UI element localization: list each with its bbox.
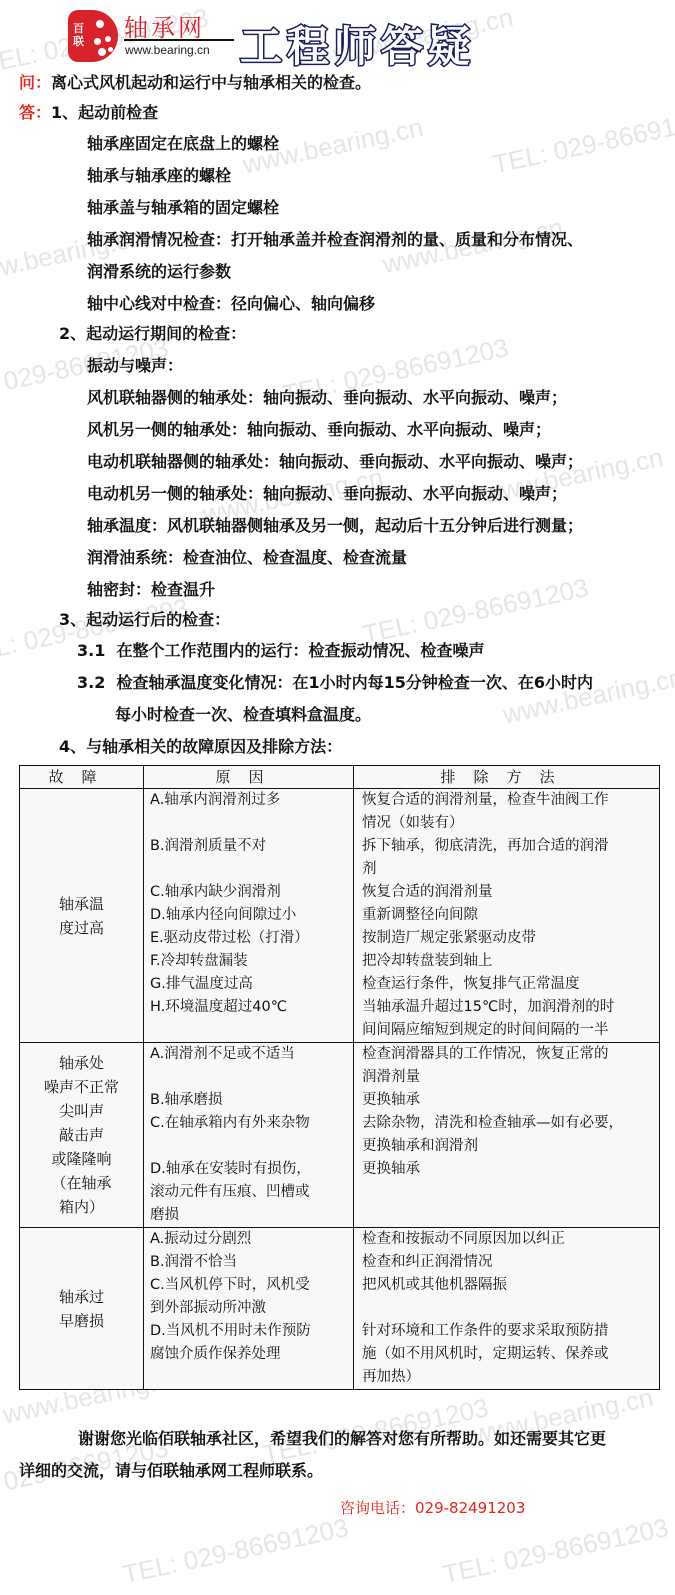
fix-line: 检查和按振动不同原因加以纠正: [362, 1228, 659, 1251]
closing-text-line1: 谢谢您光临佰联轴承社区，希望我们的解答对您有所帮助。如还需要其它更: [78, 1426, 606, 1449]
list-item: 轴承润滑情况检查：打开轴承盖并检查润滑剂的量、质量和分布情况、: [87, 230, 583, 250]
cause-line: B.润滑剂质量不对: [150, 835, 353, 858]
fix-line: 更换轴承: [362, 1158, 659, 1181]
cause-line: A.润滑剂不足或不适当: [150, 1043, 353, 1066]
page-title: 工程师答疑: [240, 14, 475, 74]
closing-text-line2: 详细的交流，请与佰联轴承网工程师联系。: [19, 1458, 323, 1481]
fix-line: 更换轴承和润滑剂: [362, 1135, 659, 1158]
logo-badge: 百联: [72, 22, 85, 48]
question-text: 离心式风机起动和运行中与轴承相关的检查。: [51, 73, 371, 92]
fault-line: 度过高: [20, 916, 143, 940]
fix-line: [362, 1181, 659, 1204]
cause-line: A.振动过分剧烈: [150, 1228, 353, 1251]
fault-cell: 轴承处 噪声不正常 尖叫声 敲击声 或隆隆响 （在轴承 箱内）: [20, 1043, 144, 1228]
cause-line: D.轴承在安装时有损伤，: [150, 1158, 353, 1181]
list-item: 电动机另一侧的轴承处：轴向振动、垂向振动、水平向振动、噪声；: [87, 484, 567, 504]
table-row: 轴承处 噪声不正常 尖叫声 敲击声 或隆隆响 （在轴承 箱内） A.润滑剂不足或…: [20, 1043, 660, 1228]
cause-line: D.当风机不用时未作预防: [150, 1320, 353, 1343]
contact-phone: 咨询电话：029-82491203: [340, 1497, 525, 1518]
cause-line: 磨损: [150, 1204, 353, 1227]
cause-line: C.在轴承箱内有外来杂物: [150, 1112, 353, 1135]
section-heading: 1、起动前检查: [51, 103, 158, 122]
watermark-text: TEL: 029-86691203: [120, 1512, 351, 1590]
list-item: 轴承温度：风机联轴器侧轴承及另一侧，起动后十五分钟后进行测量；: [87, 516, 583, 536]
fault-line: 箱内）: [20, 1195, 143, 1219]
list-item: 振动与噪声：: [87, 356, 183, 376]
fix-line: 更换轴承: [362, 1089, 659, 1112]
question-label: 问：: [19, 73, 51, 92]
list-item: 3.1 在整个工作范围内的运行：检查振动情况、检查噪声: [77, 641, 485, 661]
question: 问：离心式风机起动和运行中与轴承相关的检查。: [19, 73, 371, 93]
fix-line: 检查运行条件，恢复排气正常温度: [362, 973, 659, 996]
cause-line: 滚动元件有压痕、凹槽或: [150, 1181, 353, 1204]
fix-line: 再加热）: [362, 1366, 659, 1389]
fault-line: 轴承过: [20, 1285, 143, 1309]
cause-line: [150, 1066, 353, 1089]
list-item: 3.2 检查轴承温度变化情况：在1小时内每15分钟检查一次、在6小时内: [77, 673, 593, 693]
fix-cell: 检查润滑器具的工作情况，恢复正常的 润滑剂量 更换轴承 去除杂物，清洗和检查轴承…: [354, 1043, 660, 1228]
table-row: 轴承温 度过高 A.轴承内润滑剂过多 B.润滑剂质量不对 C.轴承内缺少润滑剂 …: [20, 789, 660, 1043]
list-item: 轴承盖与轴承箱的固定螺栓: [87, 198, 279, 218]
section-heading: 4、与轴承相关的故障原因及排除方法：: [59, 737, 342, 757]
cause-line: F.冷却转盘漏装: [150, 950, 353, 973]
cause-line: C.当风机停下时，风机受: [150, 1274, 353, 1297]
cause-line: [150, 1019, 353, 1042]
fix-line: 按制造厂规定张紧驱动皮带: [362, 927, 659, 950]
cause-line: C.轴承内缺少润滑剂: [150, 881, 353, 904]
list-item: 润滑系统的运行参数: [87, 262, 231, 282]
fix-cell: 检查和按振动不同原因加以纠正 检查和纠正润滑情况 把风机或其他机器隔振 针对环境…: [354, 1228, 660, 1390]
logo-divider: [124, 39, 234, 41]
column-header-cause: 原因: [144, 766, 354, 789]
fault-line: （在轴承: [20, 1171, 143, 1195]
fix-line: [362, 1204, 659, 1227]
cause-line: D.轴承内径向间隙过小: [150, 904, 353, 927]
fix-cell: 恢复合适的润滑剂量，检查牛油阀工作 情况（如装有） 拆下轴承，彻底清洗，再加合适…: [354, 789, 660, 1043]
cause-line: H.环境温度超过40℃: [150, 996, 353, 1019]
cause-cell: A.轴承内润滑剂过多 B.润滑剂质量不对 C.轴承内缺少润滑剂 D.轴承内径向间…: [144, 789, 354, 1043]
cause-line: B.轴承磨损: [150, 1089, 353, 1112]
fix-line: 恢复合适的润滑剂量，检查牛油阀工作: [362, 789, 659, 812]
cause-line: [150, 858, 353, 881]
answer-heading-1: 答：1、起动前检查: [19, 103, 158, 123]
list-item: 风机联轴器侧的轴承处：轴向振动、垂向振动、水平向振动、噪声；: [87, 388, 567, 408]
fault-line: 尖叫声: [20, 1099, 143, 1123]
logo-url: www.bearing.cn: [125, 43, 210, 57]
cause-line: G.排气温度过高: [150, 973, 353, 996]
fix-line: 施（如不用风机时，定期运转、保养或: [362, 1343, 659, 1366]
fix-line: 当轴承温升超过15℃时，加润滑剂的时: [362, 996, 659, 1019]
cause-cell: A.润滑剂不足或不适当 B.轴承磨损 C.在轴承箱内有外来杂物 D.轴承在安装时…: [144, 1043, 354, 1228]
cause-cell: A.振动过分剧烈 B.润滑不恰当 C.当风机停下时，风机受 到外部振动所冲激 D…: [144, 1228, 354, 1390]
fix-line: 把风机或其他机器隔振: [362, 1274, 659, 1297]
fault-line: 轴承处: [20, 1051, 143, 1075]
list-item: 轴承座固定在底盘上的螺栓: [87, 134, 279, 154]
fix-line: 剂: [362, 858, 659, 881]
watermark-text: TEL: 029-86691203: [360, 572, 591, 650]
fix-line: 拆下轴承，彻底清洗，再加合适的润滑: [362, 835, 659, 858]
logo-name: 轴承网: [124, 8, 205, 43]
fault-line: 噪声不正常: [20, 1075, 143, 1099]
table-row: 轴承过 早磨损 A.振动过分剧烈 B.润滑不恰当 C.当风机停下时，风机受 到外…: [20, 1228, 660, 1390]
fix-line: 情况（如装有）: [362, 812, 659, 835]
fault-cell: 轴承过 早磨损: [20, 1228, 144, 1390]
fault-line: 或隆隆响: [20, 1147, 143, 1171]
list-item: 轴承与轴承座的螺栓: [87, 166, 231, 186]
cause-line: E.驱动皮带过松（打滑）: [150, 927, 353, 950]
cause-line: A.轴承内润滑剂过多: [150, 789, 353, 812]
list-item: 电动机联轴器侧的轴承处：轴向振动、垂向振动、水平向振动、噪声；: [87, 452, 583, 472]
cause-line: [150, 812, 353, 835]
cause-line: [150, 1366, 353, 1389]
fault-table: 故障 原因 排除方法 轴承温 度过高 A.轴承内润滑剂过多 B.润滑剂质量不对 …: [19, 765, 660, 1390]
list-item: 润滑油系统：检查油位、检查温度、检查流量: [87, 548, 407, 568]
fault-line: 早磨损: [20, 1309, 143, 1333]
section-heading: 3、起动运行后的检查：: [59, 610, 230, 630]
list-item: 每小时检查一次、检查填料盒温度。: [115, 705, 371, 725]
list-item: 轴密封：检查温升: [87, 580, 215, 600]
fix-line: 检查和纠正润滑情况: [362, 1251, 659, 1274]
cause-line: [150, 1135, 353, 1158]
section-heading: 2、起动运行期间的检查：: [59, 324, 246, 344]
fault-line: 敲击声: [20, 1123, 143, 1147]
page-header: 百联 轴承网 www.bearing.cn 工程师答疑: [68, 8, 588, 64]
table-header-row: 故障 原因 排除方法: [20, 766, 660, 789]
answer-label: 答：: [19, 103, 51, 122]
watermark-text: TEL: 029-86691203: [440, 1512, 671, 1590]
cause-line: 到外部振动所冲激: [150, 1297, 353, 1320]
fix-line: 恢复合适的润滑剂量: [362, 881, 659, 904]
fix-line: [362, 1297, 659, 1320]
fix-line: 润滑剂量: [362, 1066, 659, 1089]
column-header-fault: 故障: [20, 766, 144, 789]
fix-line: 去除杂物，清洗和检查轴承—如有必要，: [362, 1112, 659, 1135]
fix-line: 重新调整径向间隙: [362, 904, 659, 927]
watermark-text: TEL: 029-86691203: [490, 102, 675, 180]
fault-cell: 轴承温 度过高: [20, 789, 144, 1043]
cause-line: 腐蚀介质作保养处理: [150, 1343, 353, 1366]
column-header-fix: 排除方法: [354, 766, 660, 789]
list-item: 轴中心线对中检查：径向偏心、轴向偏移: [87, 294, 375, 314]
fault-line: 轴承温: [20, 892, 143, 916]
cause-line: B.润滑不恰当: [150, 1251, 353, 1274]
logo-icon: 百联: [68, 10, 118, 62]
fix-line: 检查润滑器具的工作情况，恢复正常的: [362, 1043, 659, 1066]
list-item: 风机另一侧的轴承处：轴向振动、垂向振动、水平向振动、噪声；: [87, 420, 551, 440]
fix-line: 针对环境和工作条件的要求采取预防措: [362, 1320, 659, 1343]
fix-line: 间间隔应缩短到规定的时间间隔的一半: [362, 1019, 659, 1042]
fix-line: 把冷却转盘装到轴上: [362, 950, 659, 973]
